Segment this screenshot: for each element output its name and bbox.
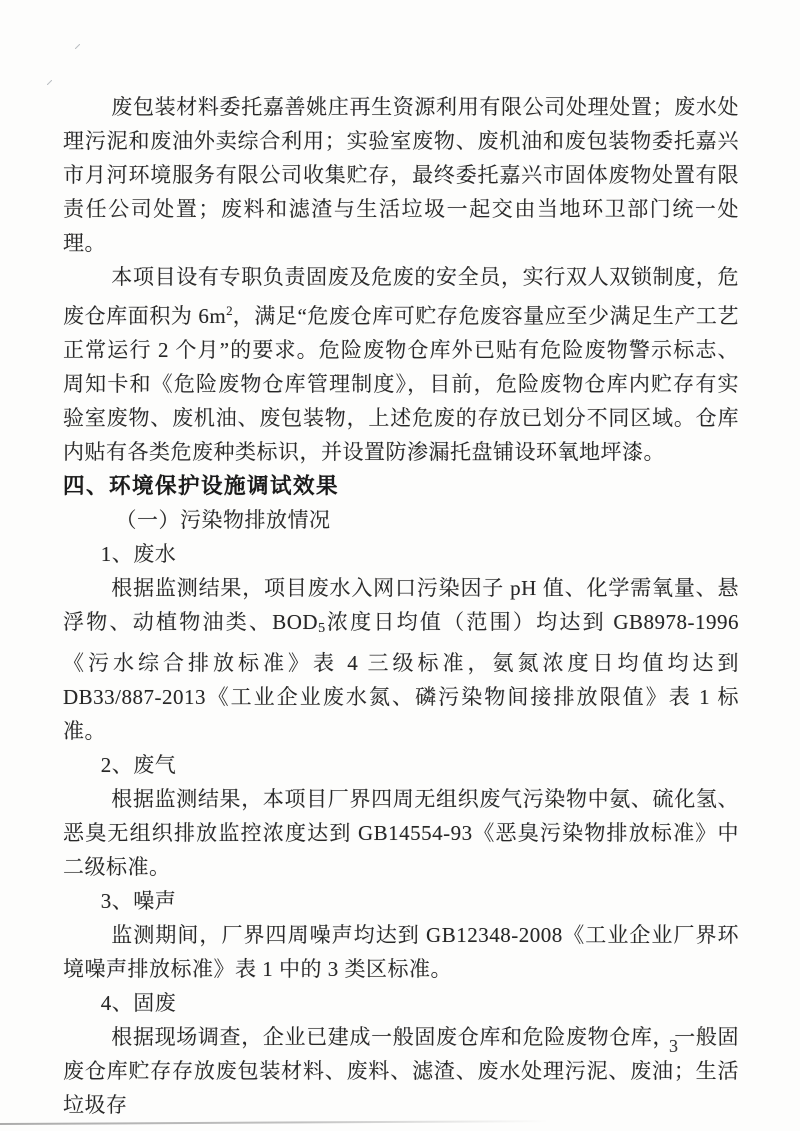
subsection-heading-pollutant-discharge: （一）污染物排放情况: [63, 503, 739, 537]
paragraph-solid-waste-survey: 根据现场调查，企业已建成一般固废仓库和危险废物仓库，一般固废仓库贮存存放废包装材…: [63, 1020, 739, 1122]
page-number: 3: [669, 1036, 678, 1057]
paragraph-waste-gas-results: 根据监测结果，本项目厂界四周无组织废气污染物中氨、硫化氢、恶臭无组织排放监控浓度…: [63, 782, 739, 884]
item-heading-noise: 3、噪声: [63, 884, 739, 918]
paragraph-hazardous-warehouse: 本项目设有专职负责固废及危废的安全员，实行双人双锁制度，危废仓库面积为 6m2，…: [63, 260, 739, 469]
document-page: 废包装材料委托嘉善姚庄再生资源利用有限公司处理处置；废水处理污泥和废油外卖综合利…: [0, 0, 800, 1131]
scan-speck: [75, 44, 80, 49]
item-heading-solid-waste: 4、固废: [63, 986, 739, 1020]
paragraph-wastewater-results: 根据监测结果，项目废水入网口污染因子 pH 值、化学需氧量、悬浮物、动植物油类、…: [63, 571, 739, 748]
paragraph-waste-disposal: 废包装材料委托嘉善姚庄再生资源利用有限公司处理处置；废水处理污泥和废油外卖综合利…: [63, 90, 739, 260]
scan-speck: [47, 80, 52, 85]
paragraph-text: ，满足“危废仓库可贮存危废容量应至少满足生产工艺正常运行 2 个月”的要求。危险…: [63, 304, 739, 464]
item-heading-waste-gas: 2、废气: [63, 748, 739, 782]
item-heading-wastewater: 1、废水: [63, 537, 739, 571]
paragraph-noise-results: 监测期间，厂界四周噪声均达到 GB12348-2008《工业企业厂界环境噪声排放…: [63, 918, 739, 986]
page-content: 废包装材料委托嘉善姚庄再生资源利用有限公司处理处置；废水处理污泥和废油外卖综合利…: [63, 90, 739, 1122]
section-heading-4: 四、环境保护设施调试效果: [63, 469, 739, 503]
